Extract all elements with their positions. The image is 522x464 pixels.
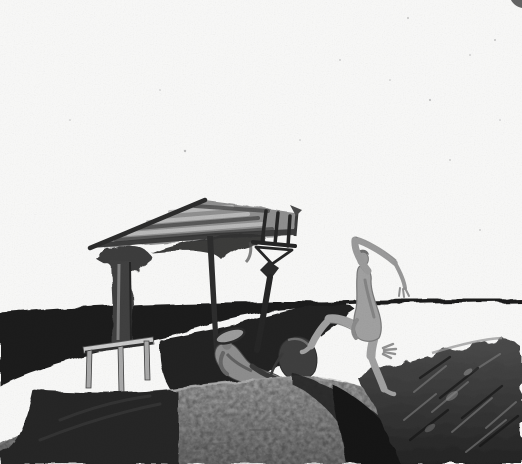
painting-svg: Monochrome painting: shelter with lamp, … — [0, 0, 522, 464]
paper-grain — [0, 0, 522, 464]
painting-canvas: Monochrome painting: shelter with lamp, … — [0, 0, 522, 464]
